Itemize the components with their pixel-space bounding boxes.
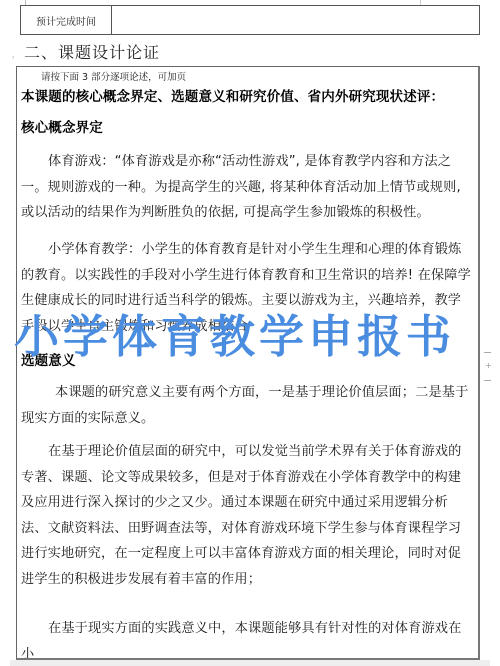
completion-time-value[interactable] [112, 6, 479, 34]
paragraph-significance-intro: 本课题的研究意义主要有两个方面，一是基于理论价值层面；二是基于现实方面的实际意义… [21, 380, 473, 431]
watermark-title: 小学体育教学申报书 [14, 312, 494, 362]
paragraph-practical-value: 在基于现实方面的实践意义中，本课题能够具有针对性的对体育游戏在小 [21, 616, 473, 660]
subsection-title-core-concept: 核心概念界定 [21, 116, 473, 142]
ruler-tick [484, 380, 491, 381]
instruction-text: 请按下面 3 部分逐项论述，可加页 [41, 69, 186, 83]
paragraph-theoretical-value: 在基于理论价值层面的研究中，可以发觉当前学术界有关于体育游戏的专著、课题、论文等… [21, 439, 473, 592]
prompt-heading: 本课题的核心概念界定、选题意义和研究价值、省内外研究现状述评： [21, 85, 473, 111]
completion-time-label: 预计完成时间 [21, 6, 112, 34]
page-bottom-edge [10, 660, 490, 666]
margin-marker: › [12, 54, 14, 61]
ruler-plus-icon: + [485, 361, 492, 370]
paragraph-sports-games: 体育游戏：“体育游戏是亦称“活动性游戏”, 是体育教学内容和方法之一。规则游戏的… [21, 149, 473, 226]
argument-content-box: 请按下面 3 部分逐项论述，可加页 本课题的核心概念界定、选题意义和研究价值、省… [16, 66, 480, 660]
completion-time-table: 预计完成时间 [20, 5, 480, 35]
section-heading: 二、课题设计论证 [24, 40, 160, 63]
